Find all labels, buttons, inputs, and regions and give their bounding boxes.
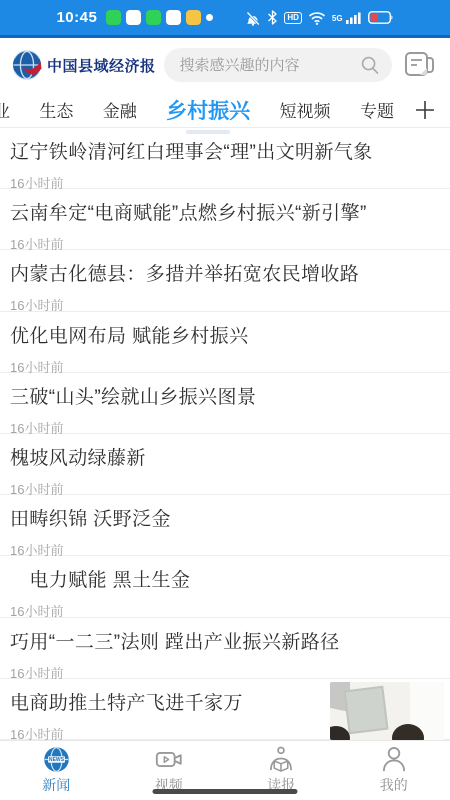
news-title: 优化电网布局 赋能乡村振兴: [10, 321, 440, 348]
nav-label-news: 新闻: [42, 775, 70, 795]
news-title: 云南牟定“电商赋能”点燃乡村振兴“新引擎”: [10, 198, 440, 225]
news-globe-icon: NEWS: [43, 746, 70, 773]
signal-bars-icon: [346, 11, 362, 25]
news-title: 田畴织锦 沃野泛金: [10, 504, 440, 531]
svg-text:NEWS: NEWS: [49, 757, 65, 763]
status-bar-right: HD 5G: [245, 10, 393, 26]
wifi-icon: [308, 11, 326, 25]
tab-jinrong[interactable]: 金融: [103, 97, 137, 122]
news-title: 巧用“一二三”法则 蹚出产业振兴新路径: [10, 627, 440, 654]
news-title: 辽宁铁岭清河红白理事会“理”出文明新气象: [10, 137, 440, 164]
app-screen: 10:45 HD 5G: [0, 0, 450, 800]
app-header: 中国县域经济报: [0, 38, 450, 92]
news-list: 辽宁铁岭清河红白理事会“理”出文明新气象 16小时前 云南牟定“电商赋能”点燃乡…: [0, 128, 450, 740]
gallery-app-icon: [186, 10, 201, 25]
app-title: 中国县域经济报: [47, 55, 156, 76]
status-bar-left: 10:45: [56, 9, 213, 26]
tab-duanshipin[interactable]: 短视频: [280, 97, 331, 122]
messages-app-icon: [106, 10, 121, 25]
nav-label-profile: 我的: [380, 775, 408, 795]
video-camera-icon: [154, 746, 184, 773]
news-list-item[interactable]: 电力赋能 黑土生金 16小时前: [0, 556, 450, 617]
news-list-item[interactable]: 电商助推土特产飞进千家万 16小时前: [0, 679, 450, 740]
nav-item-news[interactable]: NEWS 新闻: [0, 741, 113, 800]
hd-badge: HD: [284, 12, 302, 24]
news-thumbnail: [330, 682, 444, 740]
tab-strip: 业生态金融乡村振兴短视频专题: [0, 95, 414, 125]
category-tab-bar: 业生态金融乡村振兴短视频专题: [0, 92, 450, 128]
app-logo: 中国县域经济报: [12, 50, 156, 80]
add-channel-icon[interactable]: [414, 99, 436, 121]
news-list-item[interactable]: 内蒙古化德县：多措并举拓宽农民增收路 16小时前: [0, 250, 450, 311]
news-title: 电力赋能 黑土生金: [10, 565, 440, 592]
news-list-item[interactable]: 云南牟定“电商赋能”点燃乡村振兴“新引擎” 16小时前: [0, 189, 450, 250]
status-bar: 10:45 HD 5G: [0, 0, 450, 38]
person-reading-icon: [267, 746, 295, 773]
gift-app-icon: [146, 10, 161, 25]
news-title: 槐坡风动绿藤新: [10, 443, 440, 470]
tab-xiangcunzhenxing[interactable]: 乡村振兴: [166, 95, 250, 125]
search-icon[interactable]: [360, 55, 380, 75]
tab-shengtai[interactable]: 生态: [39, 97, 73, 122]
news-list-item[interactable]: 田畴织锦 沃野泛金 16小时前: [0, 495, 450, 556]
news-list-item[interactable]: 巧用“一二三”法则 蹚出产业振兴新路径 16小时前: [0, 618, 450, 679]
newspaper-icon: [402, 49, 436, 81]
news-list-item[interactable]: 三破“山头”绘就山乡振兴图景 16小时前: [0, 373, 450, 434]
nav-item-profile[interactable]: 我的: [338, 741, 450, 800]
search-input[interactable]: [180, 57, 360, 74]
cloud-app-icon: [166, 10, 181, 25]
news-title: 电商助推土特产飞进千家万: [10, 688, 315, 715]
newspaper-reader-button[interactable]: [400, 46, 438, 84]
bluetooth-icon: [267, 10, 278, 25]
search-bar[interactable]: [164, 48, 392, 82]
news-list-item[interactable]: 辽宁铁岭清河红白理事会“理”出文明新气象 16小时前: [0, 128, 450, 189]
clock: 10:45: [56, 9, 97, 26]
notification-dot: [206, 14, 213, 21]
news-list-item[interactable]: 优化电网布局 赋能乡村振兴 16小时前: [0, 312, 450, 373]
globe-logo-icon: [12, 50, 42, 80]
bell-muted-icon: [245, 10, 261, 26]
battery-low-icon: [368, 11, 394, 24]
person-icon: [381, 746, 407, 773]
tab-ye[interactable]: 业: [0, 97, 10, 122]
status-app-icons: [106, 10, 213, 25]
tab-zhuanti[interactable]: 专题: [360, 97, 394, 122]
news-title: 三破“山头”绘就山乡振兴图景: [10, 382, 440, 409]
news-title: 内蒙古化德县：多措并举拓宽农民增收路: [10, 259, 440, 286]
chat-app-icon: [126, 10, 141, 25]
signal-5g-label: 5G: [332, 14, 343, 23]
home-indicator[interactable]: [153, 789, 298, 794]
news-list-item[interactable]: 槐坡风动绿藤新 16小时前: [0, 434, 450, 495]
